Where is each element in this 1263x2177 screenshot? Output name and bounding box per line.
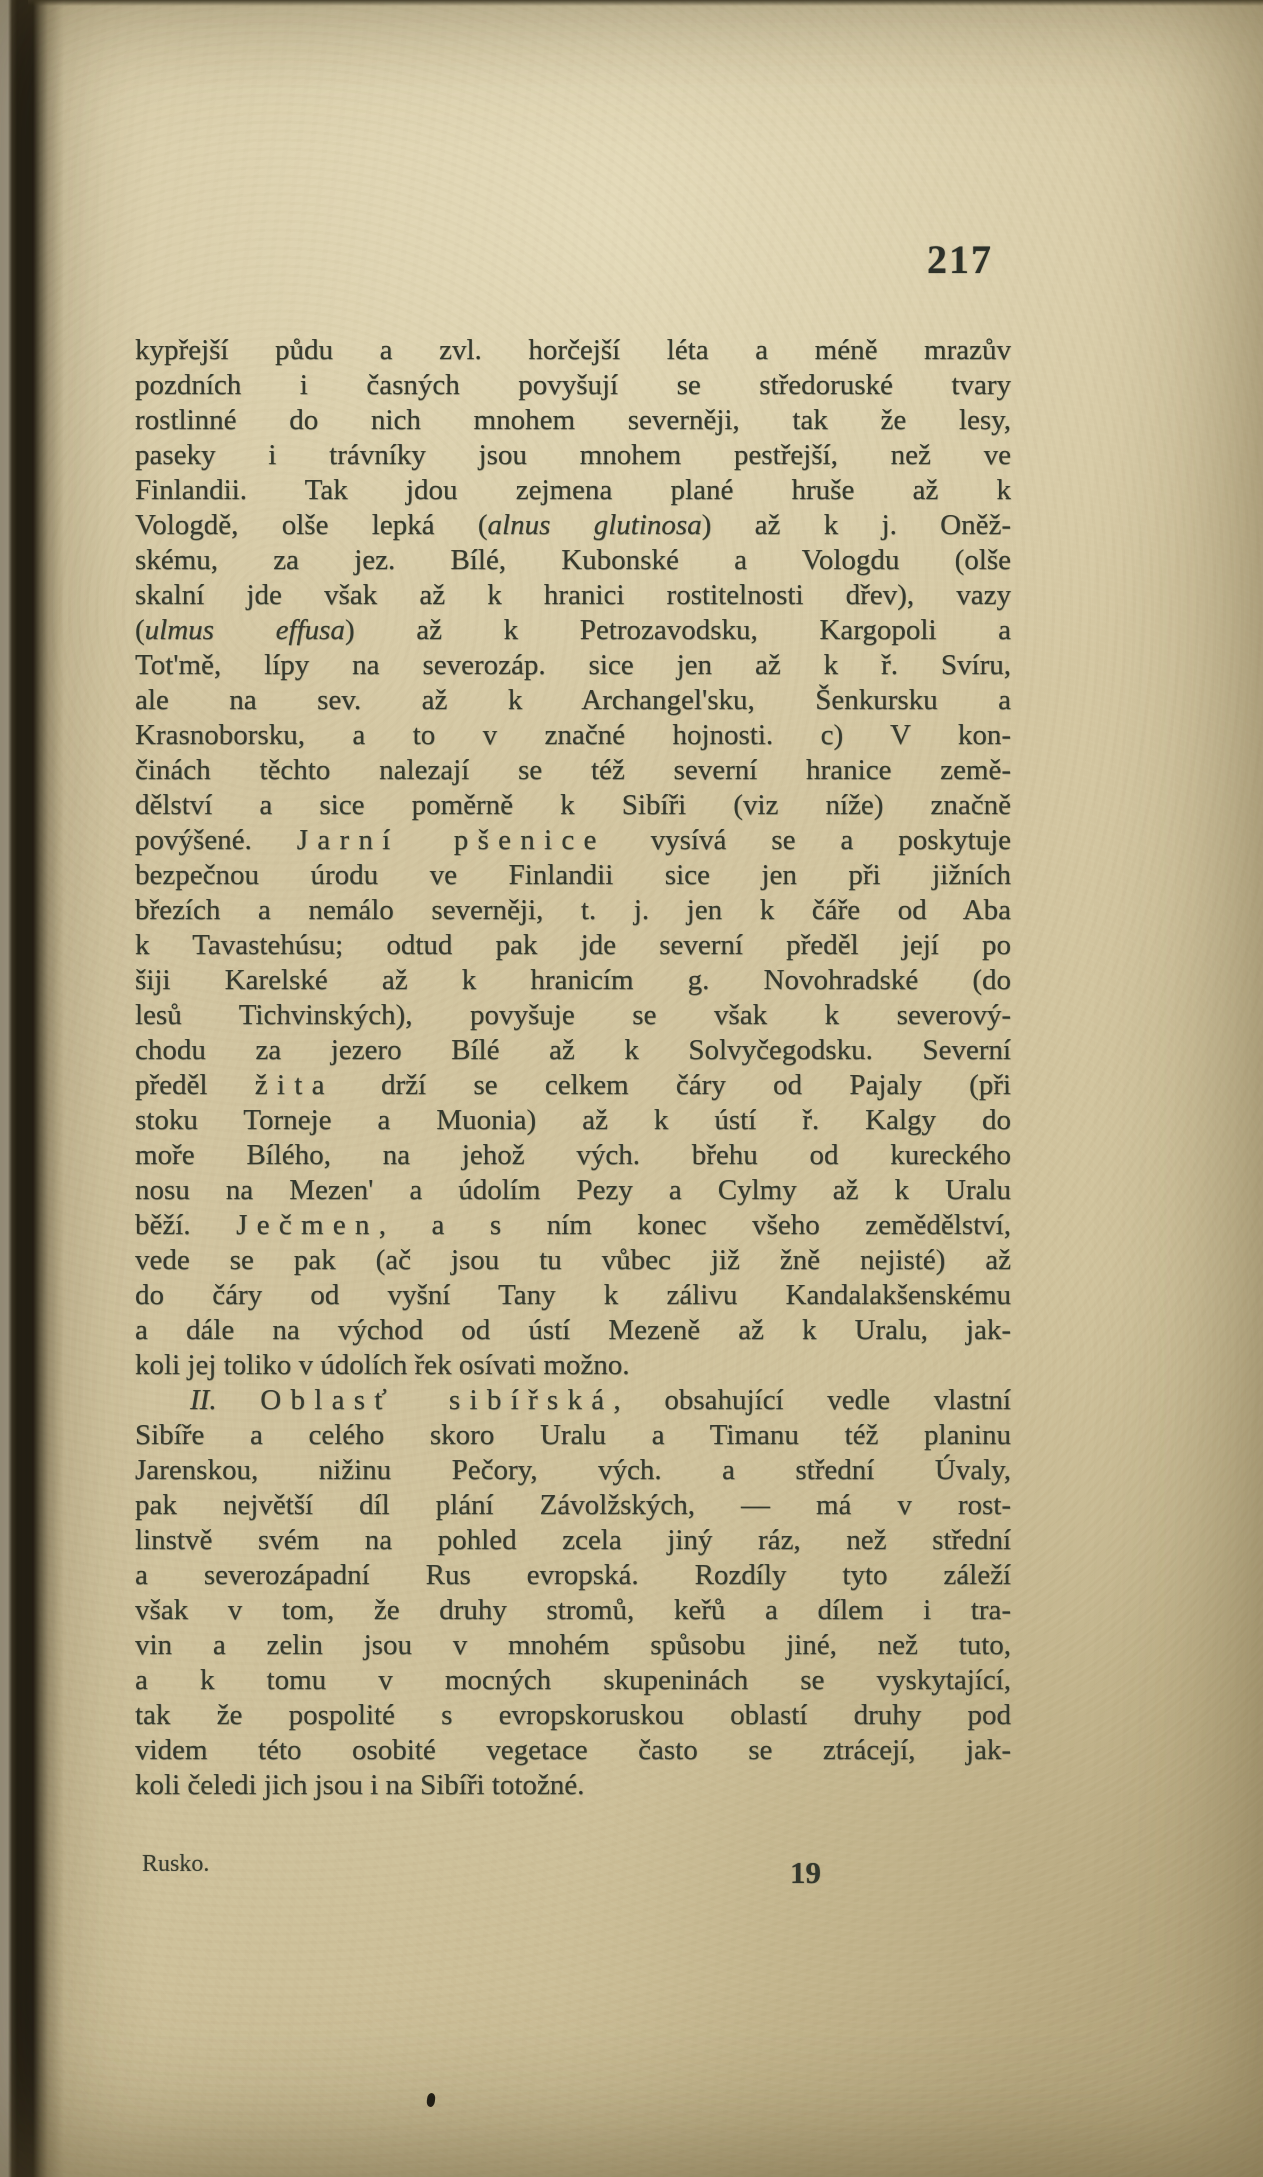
text-segment: Sibíře a celého skoro Uralu a Timanu též…	[135, 1419, 1011, 1451]
text-line: do čáry od vyšní Tany k zálivu Kandalakš…	[135, 1278, 1011, 1313]
text-line: koli jej toliko v údolích řek osívati mo…	[135, 1348, 1011, 1383]
text-segment: skému, za jez. Bílé, Kubonské a Vologdu …	[135, 544, 1011, 576]
text-line: skalní jde však až k hranici rostitelnos…	[135, 578, 1011, 613]
text-block: kypřejší půdu a zvl. horčejší léta a mén…	[135, 333, 1011, 1803]
text-segment: linstvě svém na pohled zcela jiný ráz, n…	[135, 1524, 1011, 1556]
text-line: chodu za jezero Bílé až k Solvyčegodsku.…	[135, 1033, 1011, 1068]
text-segment: vin a zelin jsou v mnohém spůsobu jiné, …	[135, 1629, 1011, 1661]
text-line: Finlandii. Tak jdou zejmena plané hruše …	[135, 473, 1011, 508]
text-line: nosu na Mezen' a údolím Pezy a Cylmy až …	[135, 1173, 1011, 1208]
text-segment: a severozápadní Rus evropská. Rozdíly ty…	[135, 1559, 1011, 1591]
text-line: povýšené. Jarní pšenice vysívá se a posk…	[135, 823, 1011, 858]
text-segment: ale na sev. až k Archangel'sku, Šenkursk…	[135, 684, 1011, 716]
text-line: běží. Ječmen, a s ním konec všeho zemědě…	[135, 1208, 1011, 1243]
text-line: pozdních i časných povyšují se středorus…	[135, 368, 1011, 403]
text-segment: předěl	[135, 1069, 255, 1101]
text-segment: však v tom, že druhy stromů, keřů a díle…	[135, 1594, 1011, 1626]
text-segment: Vologdě, olše lepká (	[135, 509, 488, 541]
text-segment: videm této osobité vegetace často se ztr…	[135, 1734, 1011, 1766]
page-number: 217	[927, 236, 993, 283]
text-segment: chodu za jezero Bílé až k Solvyčegodsku.…	[135, 1034, 1011, 1066]
text-line: koli čeledi jich jsou i na Sibíři totožn…	[135, 1768, 1011, 1803]
text-segment: Jarní pšenice	[297, 824, 606, 856]
text-segment: nosu na Mezen' a údolím Pezy a Cylmy až …	[135, 1174, 1011, 1206]
text-segment: ) až k j. Oněž-	[702, 509, 1011, 541]
text-line: stoku Torneje a Muonia) až k ústí ř. Kal…	[135, 1103, 1011, 1138]
text-line: linstvě svém na pohled zcela jiný ráz, n…	[135, 1523, 1011, 1558]
text-line: rostlinné do nich mnohem severněji, tak …	[135, 403, 1011, 438]
text-line: březích a nemálo severněji, t. j. jen k …	[135, 893, 1011, 928]
book-page-scan: 217 kypřejší půdu a zvl. horčejší léta a…	[0, 0, 1263, 2177]
text-segment: a k tomu v mocných skupeninách se vyskyt…	[135, 1664, 1011, 1696]
text-segment: paseky i trávníky jsou mnohem pestřejší,…	[135, 439, 1011, 471]
text-segment: žita	[255, 1069, 334, 1101]
text-segment: k Tavastehúsu; odtud pak jde severní pře…	[135, 929, 1011, 961]
text-line: vin a zelin jsou v mnohém spůsobu jiné, …	[135, 1628, 1011, 1663]
text-segment: Krasnoborsku, a to v značné hojnosti. c)…	[135, 719, 1011, 751]
paragraph: II. Oblasť sibířská, obsahující vedle vl…	[135, 1383, 1011, 1803]
text-line: však v tom, že druhy stromů, keřů a díle…	[135, 1593, 1011, 1628]
text-line: Sibíře a celého skoro Uralu a Timanu též…	[135, 1418, 1011, 1453]
text-line: pak největší díl plání Závolžských, — má…	[135, 1488, 1011, 1523]
text-segment: moře Bílého, na jehož vých. břehu od kur…	[135, 1139, 1011, 1171]
text-segment: drží se celkem čáry od Pajaly (při	[334, 1069, 1011, 1101]
text-line: a k tomu v mocných skupeninách se vyskyt…	[135, 1663, 1011, 1698]
text-line: moře Bílého, na jehož vých. břehu od kur…	[135, 1138, 1011, 1173]
text-line: videm této osobité vegetace často se ztr…	[135, 1733, 1011, 1768]
text-segment: běží.	[135, 1209, 236, 1241]
text-segment: a dále na východ od ústí Mezeně až k Ura…	[135, 1314, 1011, 1346]
text-segment: Finlandii. Tak jdou zejmena plané hruše …	[135, 474, 1011, 506]
text-line: dělství a sice poměrně k Sibíři (viz níž…	[135, 788, 1011, 823]
text-segment: kypřejší půdu a zvl. horčejší léta a mén…	[135, 334, 1011, 366]
text-segment: šiji Karelské až k hranicím g. Novohrads…	[135, 964, 1011, 996]
text-segment: Ječmen	[236, 1209, 379, 1241]
running-title: Rusko.	[142, 1851, 209, 1878]
text-segment: vysívá se a poskytuje	[606, 824, 1011, 856]
text-line: II. Oblasť sibířská, obsahující vedle vl…	[135, 1383, 1011, 1418]
ink-speck	[426, 2093, 436, 2108]
text-segment	[217, 1384, 261, 1416]
text-line: vede se pak (ač jsou tu vůbec již žně ne…	[135, 1243, 1011, 1278]
text-segment: rostlinné do nich mnohem severněji, tak …	[135, 404, 1011, 436]
text-segment: březích a nemálo severněji, t. j. jen k …	[135, 894, 1011, 926]
text-line: předěl žita drží se celkem čáry od Pajal…	[135, 1068, 1011, 1103]
text-segment: lesů Tichvinských), povyšuje se však k s…	[135, 999, 1011, 1031]
text-segment: skalní jde však až k hranici rostitelnos…	[135, 579, 1011, 611]
text-segment: do čáry od vyšní Tany k zálivu Kandalakš…	[135, 1279, 1011, 1311]
text-segment: stoku Torneje a Muonia) až k ústí ř. Kal…	[135, 1104, 1011, 1136]
text-segment: ) až k Petrozavodsku, Kargopoli a	[345, 614, 1011, 646]
text-line: k Tavastehúsu; odtud pak jde severní pře…	[135, 928, 1011, 963]
text-segment: vede se pak (ač jsou tu vůbec již žně ne…	[135, 1244, 1011, 1276]
signature-number: 19	[790, 1855, 821, 1891]
binding-edge-shadow	[0, 0, 64, 2177]
text-line: Tot'mě, lípy na severozáp. sice jen až k…	[135, 648, 1011, 683]
text-line: Vologdě, olše lepká (alnus glutinosa) až…	[135, 508, 1011, 543]
text-segment: dělství a sice poměrně k Sibíři (viz níž…	[135, 789, 1011, 821]
text-line: bezpečnou úrodu ve Finlandii sice jen př…	[135, 858, 1011, 893]
text-line: Jarenskou, nižinu Pečory, vých. a středn…	[135, 1453, 1011, 1488]
text-line: (ulmus effusa) až k Petrozavodsku, Kargo…	[135, 613, 1011, 648]
text-line: Krasnoborsku, a to v značné hojnosti. c)…	[135, 718, 1011, 753]
text-segment: povýšené.	[135, 824, 297, 856]
text-segment: pozdních i časných povyšují se středorus…	[135, 369, 1011, 401]
text-line: kypřejší půdu a zvl. horčejší léta a mén…	[135, 333, 1011, 368]
text-line: šiji Karelské až k hranicím g. Novohrads…	[135, 963, 1011, 998]
text-segment: II.	[190, 1384, 217, 1416]
text-segment: bezpečnou úrodu ve Finlandii sice jen př…	[135, 859, 1011, 891]
text-segment: alnus glutinosa	[488, 509, 702, 541]
text-segment: ulmus effusa	[145, 614, 345, 646]
text-line: lesů Tichvinských), povyšuje se však k s…	[135, 998, 1011, 1033]
text-segment: (	[135, 614, 145, 646]
text-segment: koli čeledi jich jsou i na Sibíři totožn…	[135, 1769, 584, 1801]
text-segment: koli jej toliko v údolích řek osívati mo…	[135, 1349, 630, 1381]
text-segment: , a s ním konec všeho zemědělství,	[379, 1209, 1011, 1241]
page-top-edge-shadow	[28, 0, 1263, 6]
text-line: paseky i trávníky jsou mnohem pestřejší,…	[135, 438, 1011, 473]
text-segment: pak největší díl plání Závolžských, — má…	[135, 1489, 1011, 1521]
text-line: tak že pospolité s evropskoruskou oblast…	[135, 1698, 1011, 1733]
text-segment: tak že pospolité s evropskoruskou oblast…	[135, 1699, 1011, 1731]
text-segment: Oblasť sibířská	[260, 1384, 613, 1416]
text-segment: činách těchto nalezají se též severní hr…	[135, 754, 1011, 786]
text-segment: , obsahující vedle vlastní	[613, 1384, 1011, 1416]
paragraph: kypřejší půdu a zvl. horčejší léta a mén…	[135, 333, 1011, 1383]
text-line: činách těchto nalezají se též severní hr…	[135, 753, 1011, 788]
text-segment: Tot'mě, lípy na severozáp. sice jen až k…	[135, 649, 1011, 681]
text-line: skému, za jez. Bílé, Kubonské a Vologdu …	[135, 543, 1011, 578]
text-line: a dále na východ od ústí Mezeně až k Ura…	[135, 1313, 1011, 1348]
text-segment: Jarenskou, nižinu Pečory, vých. a středn…	[135, 1454, 1011, 1486]
text-line: ale na sev. až k Archangel'sku, Šenkursk…	[135, 683, 1011, 718]
text-line: a severozápadní Rus evropská. Rozdíly ty…	[135, 1558, 1011, 1593]
